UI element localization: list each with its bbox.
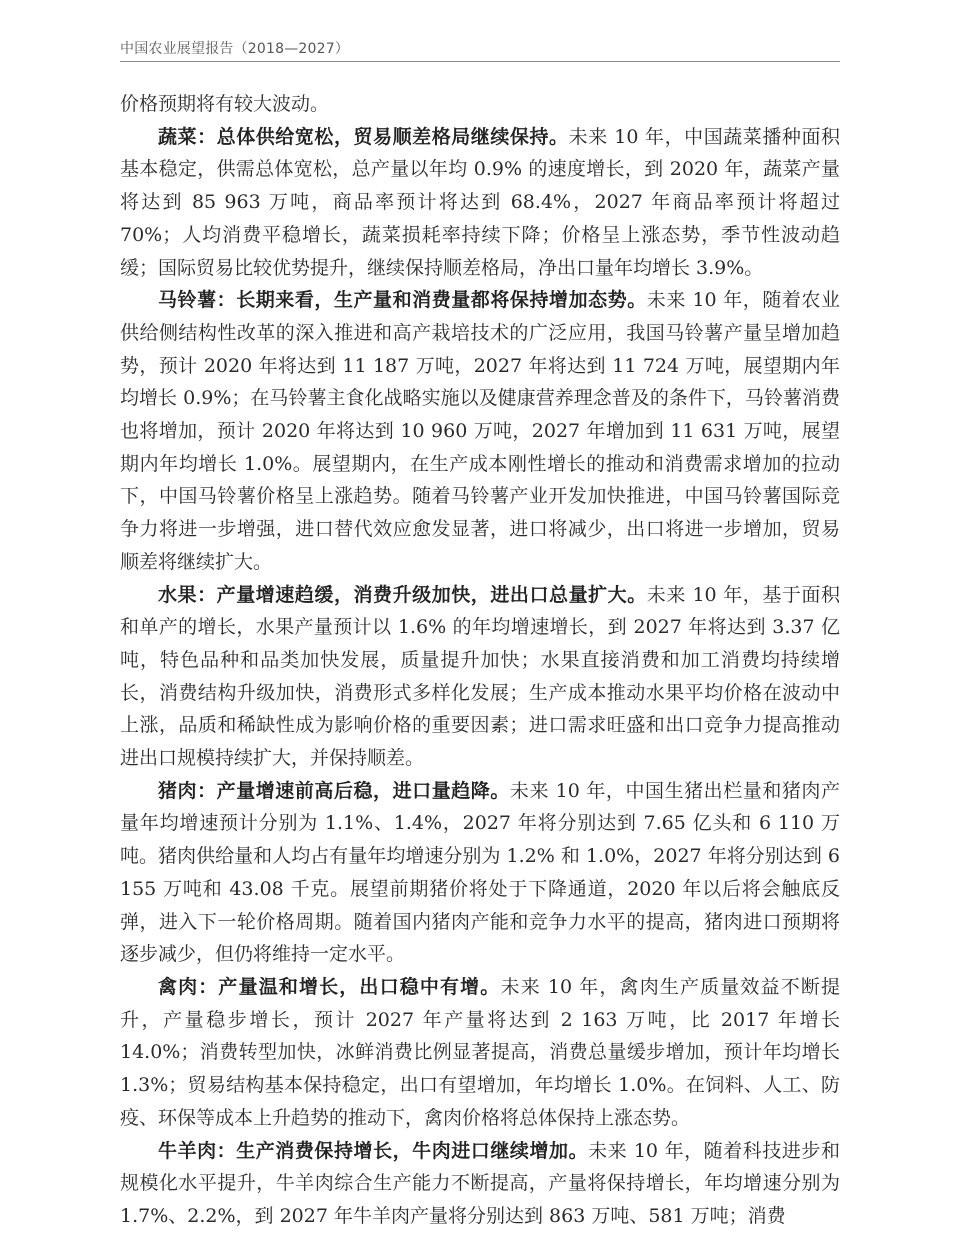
paragraph-beef-mutton: 牛羊肉：生产消费保持增长，牛肉进口继续增加。未来 10 年，随着科技进步和规模化… [120,1135,840,1233]
paragraph-text: 未来 10 年，中国生猪出栏量和猪肉产量年均增速预计分别为 1.1%、1.4%，… [120,780,840,966]
paragraph-heading: 水果：产量增速趋缓，消费升级加快，进出口总量扩大。 [158,584,647,606]
paragraph-text: 未来 10 年，基于面积和单产的增长，水果产量预计以 1.6% 的年均增速增长，… [120,584,840,770]
paragraph-heading: 马铃薯：长期来看，生产量和消费量都将保持增加态势。 [158,289,647,311]
paragraph-heading: 牛羊肉：生产消费保持增长，牛肉进口继续增加。 [158,1140,588,1162]
paragraph-fruit: 水果：产量增速趋缓，消费升级加快，进出口总量扩大。未来 10 年，基于面积和单产… [120,579,840,775]
paragraph-heading: 蔬菜：总体供给宽松，贸易顺差格局继续保持。 [158,126,569,148]
paragraph-text: 未来 10 年，中国蔬菜播种面积基本稳定，供需总体宽松，总产量以年均 0.9% … [120,126,840,279]
page-body: 价格预期将有较大波动。 蔬菜：总体供给宽松，贸易顺差格局继续保持。未来 10 年… [120,88,840,1233]
paragraph-heading: 猪肉：产量增速前高后稳，进口量趋降。 [158,780,510,802]
paragraph-poultry: 禽肉：产量温和增长，出口稳中有增。未来 10 年，禽肉生产质量效益不断提升，产量… [120,971,840,1135]
paragraph-continuation: 价格预期将有较大波动。 [120,88,840,121]
paragraph-text: 价格预期将有较大波动。 [120,93,329,115]
paragraph-vegetables: 蔬菜：总体供给宽松，贸易顺差格局继续保持。未来 10 年，中国蔬菜播种面积基本稳… [120,121,840,285]
paragraph-pork: 猪肉：产量增速前高后稳，进口量趋降。未来 10 年，中国生猪出栏量和猪肉产量年均… [120,775,840,971]
running-header-title: 中国农业展望报告（2018—2027） [120,38,840,58]
header-rule [120,61,840,62]
paragraph-text: 未来 10 年，禽肉生产质量效益不断提升，产量稳步增长，预计 2027 年产量将… [120,976,840,1129]
paragraph-potato: 马铃薯：长期来看，生产量和消费量都将保持增加态势。未来 10 年，随着农业供给侧… [120,284,840,578]
paragraph-heading: 禽肉：产量温和增长，出口稳中有增。 [158,976,500,998]
paragraph-text: 未来 10 年，随着农业供给侧结构性改革的深入推进和高产栽培技术的广泛应用，我国… [120,289,840,573]
